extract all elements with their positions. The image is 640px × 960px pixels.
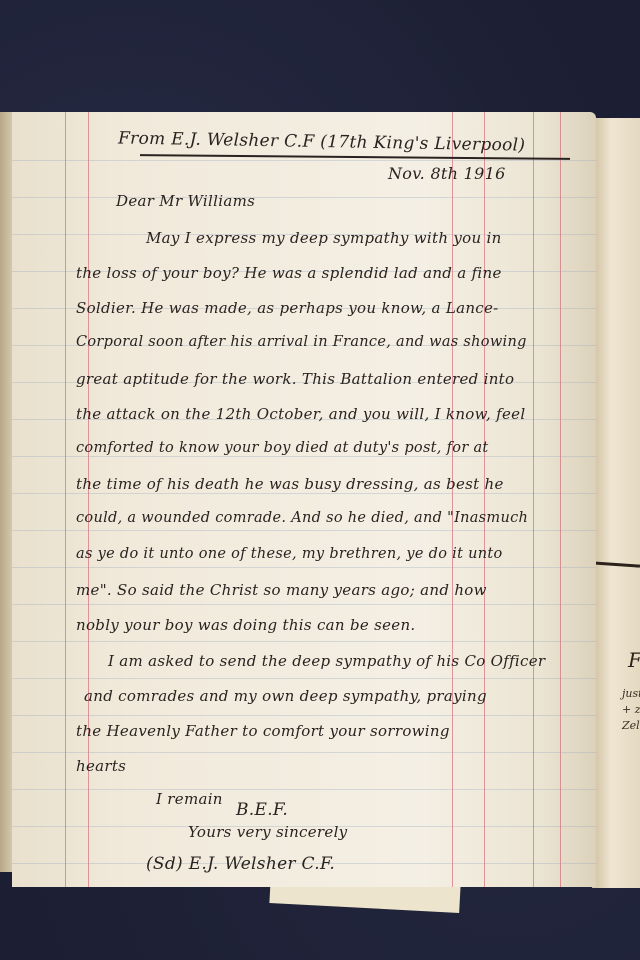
body-line: and comrades and my own deep sympathy, p… [84, 687, 487, 705]
salutation: Dear Mr Williams [116, 192, 255, 210]
closing-line: Yours very sincerely [188, 823, 347, 841]
ink-stroke [592, 561, 640, 567]
body-line: the time of his death he was busy dressi… [76, 475, 504, 493]
body-line: May I express my deep sympathy with you … [146, 229, 502, 247]
body-line: could, a wounded comrade. And so he died… [76, 510, 528, 526]
adjacent-page-fragment: F [628, 648, 640, 672]
body-line: the attack on the 12th October, and you … [76, 405, 525, 423]
signature: (Sd) E.J. Welsher C.F. [146, 854, 335, 874]
letter-page: From E.J. Welsher C.F (17th King's Liver… [12, 112, 596, 887]
body-line: comforted to know your boy died at duty'… [76, 440, 489, 456]
body-line: I am asked to send the deep sympathy of … [108, 652, 545, 670]
signature-force: B.E.F. [236, 800, 288, 820]
body-line: as ye do it unto one of these, my brethr… [76, 546, 503, 562]
body-line: the Heavenly Father to comfort your sorr… [76, 722, 450, 740]
adjacent-page-fragment: just [622, 686, 640, 702]
adjacent-page-fragment: + zin [622, 702, 640, 718]
closing-line: I remain [156, 790, 223, 808]
letter-date: Nov. 8th 1916 [388, 164, 506, 183]
body-line: hearts [76, 757, 126, 775]
adjacent-page-fragment: Zell [622, 718, 640, 734]
margin-rule [65, 112, 66, 887]
body-line: me". So said the Christ so many years ag… [76, 581, 487, 599]
margin-rule [560, 112, 561, 887]
body-line: great aptitude for the work. This Battal… [76, 370, 514, 388]
body-line: Soldier. He was made, as perhaps you kno… [76, 299, 499, 317]
body-line: the loss of your boy? He was a splendid … [76, 264, 502, 282]
body-line: Corporal soon after his arrival in Franc… [76, 334, 527, 350]
body-line: nobly your boy was doing this can be see… [76, 616, 415, 634]
adjacent-page: F just + zin Zell [592, 118, 640, 888]
margin-rule [533, 112, 534, 887]
